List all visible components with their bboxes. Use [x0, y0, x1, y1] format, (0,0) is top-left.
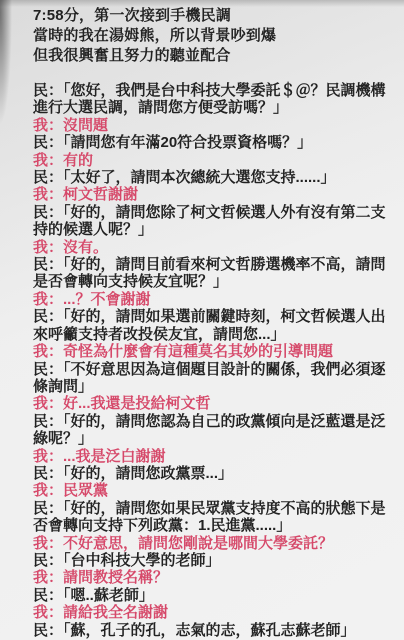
- intro-line-context: 當時的我在湯姆熊，所以背景吵到爆: [33, 26, 396, 46]
- my-reply: 我：民眾黨: [33, 482, 396, 499]
- interviewer-message: 民：「太好了，請問本次總統大選您支持......」: [33, 169, 396, 186]
- interviewer-message: 民：「請問您有年滿20符合投票資格嗎？」: [33, 134, 396, 151]
- intro-paragraph: 7:58分，第一次接到手機民調 當時的我在湯姆熊，所以背景吵到爆 但我很興奮且努…: [33, 6, 396, 66]
- my-reply: 我：奇怪為什麼會有這種莫名其妙的引導問題: [33, 343, 396, 360]
- my-reply: 我：沒有。: [33, 239, 396, 256]
- my-reply: 我：...？不會謝謝: [33, 291, 396, 308]
- my-reply: 我：...我是泛白謝謝: [33, 448, 396, 465]
- my-reply: 我：柯文哲謝謝: [33, 186, 396, 203]
- post-content: 7:58分，第一次接到手機民調 當時的我在湯姆熊，所以背景吵到爆 但我很興奮且努…: [33, 6, 396, 639]
- conversation-transcript: 民：「您好，我們是台中科技大學委託＄＠？民調機構進行大選民調，請問您方便受訪嗎？…: [33, 82, 396, 639]
- my-reply: 我：不好意思，請問您剛說是哪間大學委託？: [33, 535, 396, 552]
- interviewer-message: 民：「好的，請問您政黨票...」: [33, 465, 396, 482]
- intro-line-time: 7:58分，第一次接到手機民調: [33, 6, 396, 26]
- interviewer-message: 民：「好的，請問您認為自己的政黨傾向是泛藍還是泛綠呢？」: [33, 413, 396, 448]
- interviewer-message: 民：「不好意思因為這個題目設計的關係，我們必須逐條詢問」: [33, 361, 396, 396]
- interviewer-message: 民：「好的，請問您除了柯文哲候選人外有沒有第二支持的候選人呢？」: [33, 204, 396, 239]
- interviewer-message: 民：「蘇，孔子的孔，志氣的志，蘇孔志蘇老師」: [33, 622, 396, 639]
- interviewer-message: 民：「好的，請問如果選前關鍵時刻，柯文哲候選人出來呼籲支持者改投侯友宜，請問您.…: [33, 308, 396, 343]
- my-reply: 我：好...我還是投給柯文哲: [33, 395, 396, 412]
- interviewer-message: 民：「嗯..蘇老師」: [33, 587, 396, 604]
- my-reply: 我：沒問題: [33, 117, 396, 134]
- my-reply: 我：請給我全名謝謝: [33, 604, 396, 621]
- my-reply: 我：有的: [33, 152, 396, 169]
- interviewer-message: 民：「好的，請問您如果民眾黨支持度不高的狀態下是否會轉向支持下列政黨：1.民進黨…: [33, 500, 396, 535]
- interviewer-message: 民：「好的，請問目前看來柯文哲勝選機率不高，請問是否會轉向支持候友宜呢？」: [33, 256, 396, 291]
- post-screenshot: 7:58分，第一次接到手機民調 當時的我在湯姆熊，所以背景吵到爆 但我很興奮且努…: [0, 0, 404, 640]
- interviewer-message: 民：「台中科技大學的老師」: [33, 552, 396, 569]
- my-reply: 我：請問教授名稱？: [33, 569, 396, 586]
- intro-line-mood: 但我很興奮且努力的聽並配合: [33, 46, 396, 66]
- interviewer-message: 民：「您好，我們是台中科技大學委託＄＠？民調機構進行大選民調，請問您方便受訪嗎？…: [33, 82, 396, 117]
